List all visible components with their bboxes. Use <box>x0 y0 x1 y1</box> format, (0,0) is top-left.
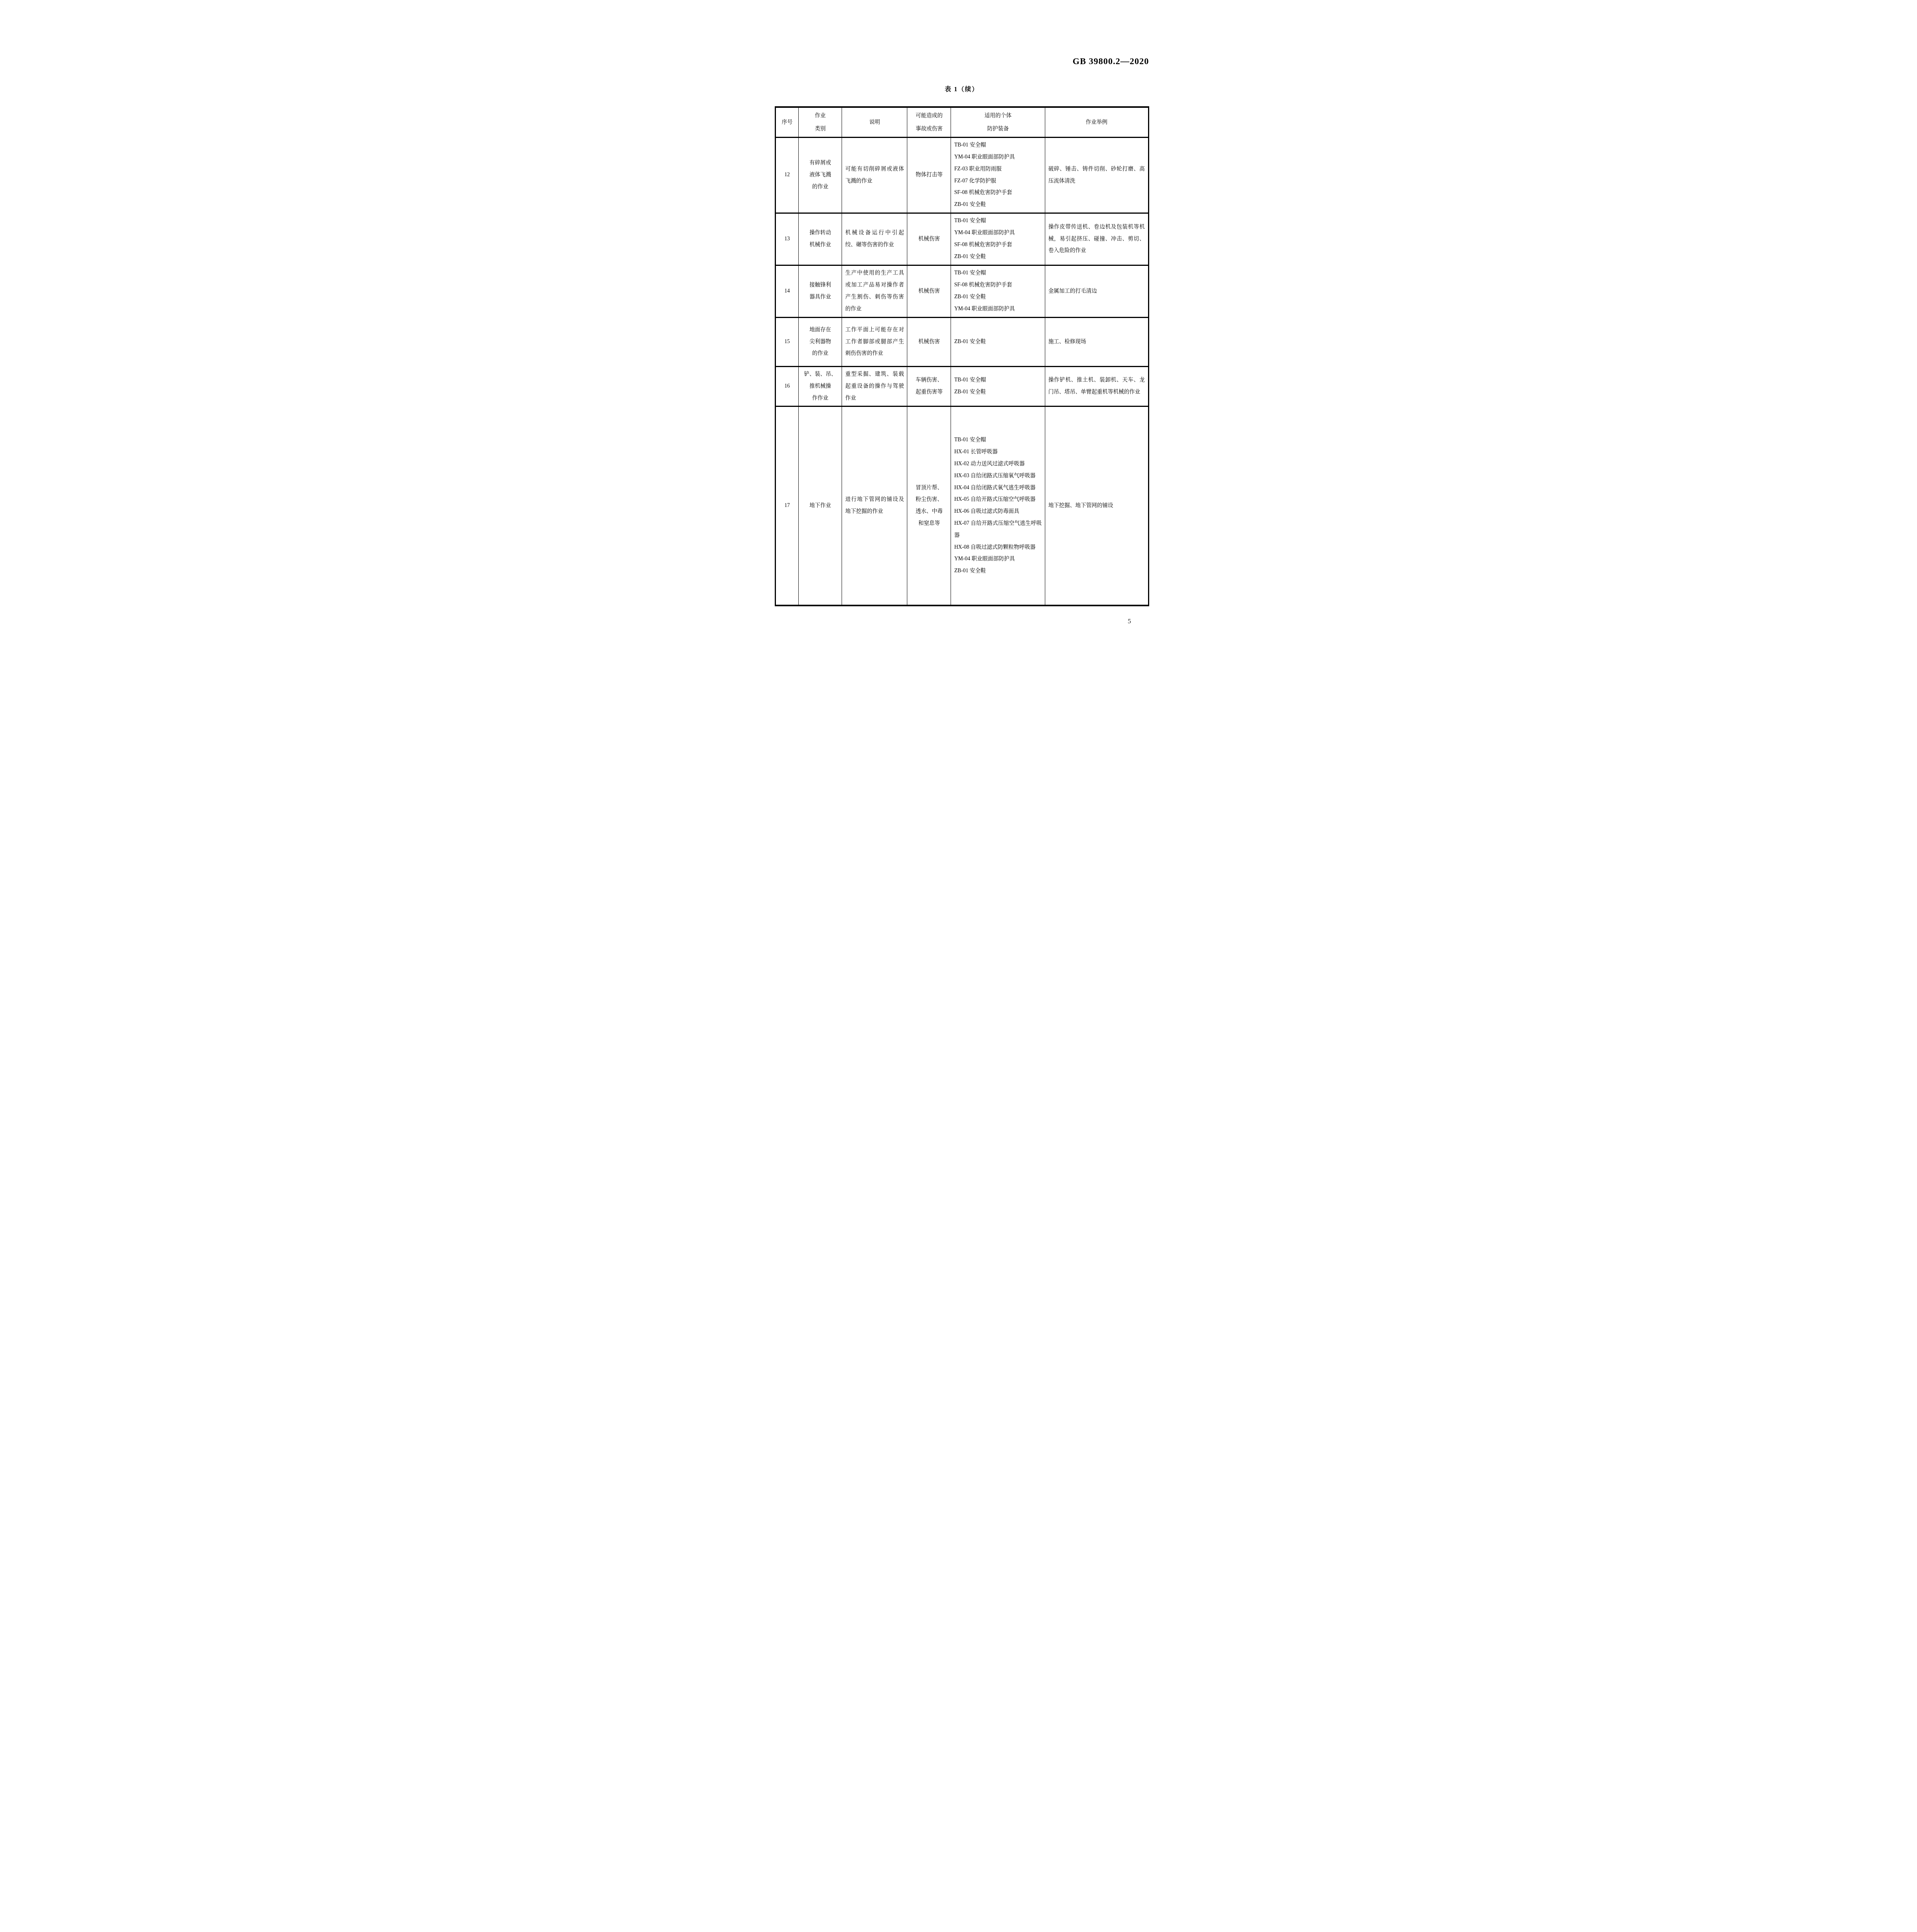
equipment-item: SF-08 机械危害防护手套 <box>954 279 1041 291</box>
cell-hazards: 物体打击等 <box>907 138 951 213</box>
equipment-item: ZB-01 安全鞋 <box>954 386 1041 398</box>
hazard-line: 机械伤害 <box>910 233 947 245</box>
equipment-item: FZ-03 职业用防雨服 <box>954 163 1041 175</box>
table-row: 13操作转动机械作业机械设备运行中引起绞、碾等伤害的作业机械伤害TB-01 安全… <box>775 213 1148 265</box>
cell-equipment: TB-01 安全帽ZB-01 安全鞋 <box>951 366 1045 406</box>
category-line: 地面存在 <box>802 324 839 336</box>
equipment-item: ZB-01 安全鞋 <box>954 291 1041 303</box>
cell-no: 14 <box>775 265 799 317</box>
header-line: 作业 <box>802 109 839 122</box>
hazard-line: 物体打击等 <box>910 169 947 181</box>
header-equipment: 适用的个体防护装备 <box>951 107 1045 138</box>
cell-hazards: 冒顶片帮、粉尘伤害、透水、中毒和窒息等 <box>907 406 951 605</box>
table-body: 12有碎屑或液体飞溅的作业可能有切削碎屑或液体飞溅的作业物体打击等TB-01 安… <box>775 138 1148 605</box>
page-number: 5 <box>1128 617 1131 625</box>
category-line: 作作业 <box>802 393 839 405</box>
category-line: 的作业 <box>802 181 839 193</box>
table-header: 序号作业类别说明可能造成的事故或伤害适用的个体防护装备作业举例 <box>775 107 1148 138</box>
category-line: 机械作业 <box>802 239 839 251</box>
hazard-line: 起重伤害等 <box>910 386 947 398</box>
equipment-item: HX-01 长管呼吸器 <box>954 446 1041 458</box>
equipment-item: TB-01 安全帽 <box>954 215 1041 227</box>
hazard-line: 粉尘伤害、 <box>910 494 947 506</box>
cell-category: 铲、装、吊、推机械操作作业 <box>799 366 842 406</box>
cell-description: 机械设备运行中引起绞、碾等伤害的作业 <box>842 213 907 265</box>
cell-examples: 操作皮带传送机、卷边机及包装机等机械，易引起挤压、碰撞、冲击、剪切、卷入危险的作… <box>1045 213 1148 265</box>
document-page: GB 39800.2—2020 表 1（续） 序号作业类别说明可能造成的事故或伤… <box>719 0 1198 678</box>
equipment-item: HX-08 自吸过滤式防颗粒物呼吸器 <box>954 542 1041 554</box>
cell-equipment: TB-01 安全帽YM-04 职业眼面部防护具FZ-03 职业用防雨服FZ-07… <box>951 138 1045 213</box>
header-line: 防护装备 <box>954 122 1041 136</box>
header-line: 序号 <box>779 116 796 129</box>
table-row: 15地面存在尖利器物的作业工作平面上可能存在对工作者脚部或腿部产生刺伤伤害的作业… <box>775 317 1148 366</box>
header-row: 序号作业类别说明可能造成的事故或伤害适用的个体防护装备作业举例 <box>775 107 1148 138</box>
cell-category: 接触锋利器具作业 <box>799 265 842 317</box>
header-no: 序号 <box>775 107 799 138</box>
cell-examples: 地下挖掘、地下管网的铺设 <box>1045 406 1148 605</box>
equipment-item: HX-02 动力送风过滤式呼吸器 <box>954 458 1041 470</box>
header-line: 可能造成的 <box>910 109 947 122</box>
category-line: 液体飞溅 <box>802 169 839 181</box>
category-line: 接触锋利 <box>802 279 839 291</box>
header-line: 说明 <box>845 116 904 129</box>
hazard-line: 机械伤害 <box>910 286 947 298</box>
category-line: 地下作业 <box>802 500 839 512</box>
cell-equipment: TB-01 安全帽SF-08 机械危害防护手套ZB-01 安全鞋YM-04 职业… <box>951 265 1045 317</box>
cell-equipment: TB-01 安全帽HX-01 长管呼吸器HX-02 动力送风过滤式呼吸器HX-0… <box>951 406 1045 605</box>
cell-description: 重型采掘、建筑、装载起重设备的操作与驾驶作业 <box>842 366 907 406</box>
cell-no: 17 <box>775 406 799 605</box>
hazard-table: 序号作业类别说明可能造成的事故或伤害适用的个体防护装备作业举例 12有碎屑或液体… <box>775 106 1149 606</box>
equipment-item: HX-03 自给闭路式压缩氧气呼吸器 <box>954 470 1041 482</box>
equipment-item: TB-01 安全帽 <box>954 139 1041 151</box>
category-line: 操作转动 <box>802 227 839 239</box>
equipment-item: TB-01 安全帽 <box>954 374 1041 386</box>
equipment-item: YM-04 职业眼面部防护具 <box>954 303 1041 315</box>
table-title: 表 1（续） <box>775 84 1149 93</box>
table-row: 17地下作业进行地下管网的铺设及地下挖掘的作业冒顶片帮、粉尘伤害、透水、中毒和窒… <box>775 406 1148 605</box>
cell-no: 15 <box>775 317 799 366</box>
cell-description: 可能有切削碎屑或液体飞溅的作业 <box>842 138 907 213</box>
equipment-item: ZB-01 安全鞋 <box>954 199 1041 211</box>
equipment-item: HX-04 自给闭路式氧气逃生呼吸器 <box>954 482 1041 494</box>
header-description: 说明 <box>842 107 907 138</box>
cell-hazards: 车辆伤害、起重伤害等 <box>907 366 951 406</box>
hazard-line: 冒顶片帮、 <box>910 482 947 494</box>
cell-category: 地下作业 <box>799 406 842 605</box>
cell-no: 12 <box>775 138 799 213</box>
table-row: 12有碎屑或液体飞溅的作业可能有切削碎屑或液体飞溅的作业物体打击等TB-01 安… <box>775 138 1148 213</box>
equipment-item: SF-08 机械危害防护手套 <box>954 187 1041 199</box>
category-line: 推机械操 <box>802 381 839 393</box>
equipment-item: ZB-01 安全鞋 <box>954 336 1041 348</box>
cell-hazards: 机械伤害 <box>907 213 951 265</box>
category-line: 有碎屑或 <box>802 157 839 169</box>
equipment-item: SF-08 机械危害防护手套 <box>954 239 1041 251</box>
equipment-item: ZB-01 安全鞋 <box>954 565 1041 577</box>
cell-hazards: 机械伤害 <box>907 317 951 366</box>
hazard-line: 机械伤害 <box>910 336 947 348</box>
cell-examples: 施工、检修现场 <box>1045 317 1148 366</box>
cell-hazards: 机械伤害 <box>907 265 951 317</box>
equipment-item: YM-04 职业眼面部防护具 <box>954 227 1041 239</box>
cell-category: 地面存在尖利器物的作业 <box>799 317 842 366</box>
hazard-line: 和窒息等 <box>910 518 947 530</box>
equipment-item: TB-01 安全帽 <box>954 267 1041 279</box>
header-line: 类别 <box>802 122 839 136</box>
table-row: 14接触锋利器具作业生产中使用的生产工具或加工产品易对操作者产生割伤、刺伤等伤害… <box>775 265 1148 317</box>
category-line: 铲、装、吊、 <box>802 369 839 381</box>
cell-category: 操作转动机械作业 <box>799 213 842 265</box>
cell-examples: 操作铲机、推土机、装卸机、天车、龙门吊、塔吊、单臂起重机等机械的作业 <box>1045 366 1148 406</box>
cell-description: 进行地下管网的铺设及地下挖掘的作业 <box>842 406 907 605</box>
category-line: 器具作业 <box>802 291 839 303</box>
cell-examples: 金属加工的打毛清边 <box>1045 265 1148 317</box>
header-line: 适用的个体 <box>954 109 1041 122</box>
cell-description: 工作平面上可能存在对工作者脚部或腿部产生刺伤伤害的作业 <box>842 317 907 366</box>
header-examples: 作业举例 <box>1045 107 1148 138</box>
cell-examples: 破碎、锤击、铸件切削、砂轮打磨、高压流体清洗 <box>1045 138 1148 213</box>
hazard-line: 车辆伤害、 <box>910 374 947 386</box>
cell-equipment: TB-01 安全帽YM-04 职业眼面部防护具SF-08 机械危害防护手套ZB-… <box>951 213 1045 265</box>
cell-description: 生产中使用的生产工具或加工产品易对操作者产生割伤、刺伤等伤害的作业 <box>842 265 907 317</box>
equipment-item: HX-07 自给开路式压缩空气逃生呼吸器 <box>954 518 1041 542</box>
cell-no: 16 <box>775 366 799 406</box>
cell-equipment: ZB-01 安全鞋 <box>951 317 1045 366</box>
equipment-item: HX-06 自吸过滤式防毒面具 <box>954 506 1041 518</box>
category-line: 的作业 <box>802 348 839 360</box>
standard-code: GB 39800.2—2020 <box>1073 56 1149 66</box>
header-line: 事故或伤害 <box>910 122 947 136</box>
table-row: 16铲、装、吊、推机械操作作业重型采掘、建筑、装载起重设备的操作与驾驶作业车辆伤… <box>775 366 1148 406</box>
equipment-item: YM-04 职业眼面部防护具 <box>954 151 1041 163</box>
equipment-item: YM-04 职业眼面部防护具 <box>954 553 1041 565</box>
cell-category: 有碎屑或液体飞溅的作业 <box>799 138 842 213</box>
equipment-item: HX-05 自给开路式压缩空气呼吸器 <box>954 494 1041 506</box>
category-line: 尖利器物 <box>802 336 839 348</box>
header-line: 作业举例 <box>1048 116 1145 129</box>
cell-no: 13 <box>775 213 799 265</box>
equipment-item: TB-01 安全帽 <box>954 434 1041 446</box>
hazard-line: 透水、中毒 <box>910 506 947 518</box>
header-category: 作业类别 <box>799 107 842 138</box>
equipment-item: FZ-07 化学防护服 <box>954 175 1041 187</box>
header-hazards: 可能造成的事故或伤害 <box>907 107 951 138</box>
equipment-item: ZB-01 安全鞋 <box>954 251 1041 263</box>
